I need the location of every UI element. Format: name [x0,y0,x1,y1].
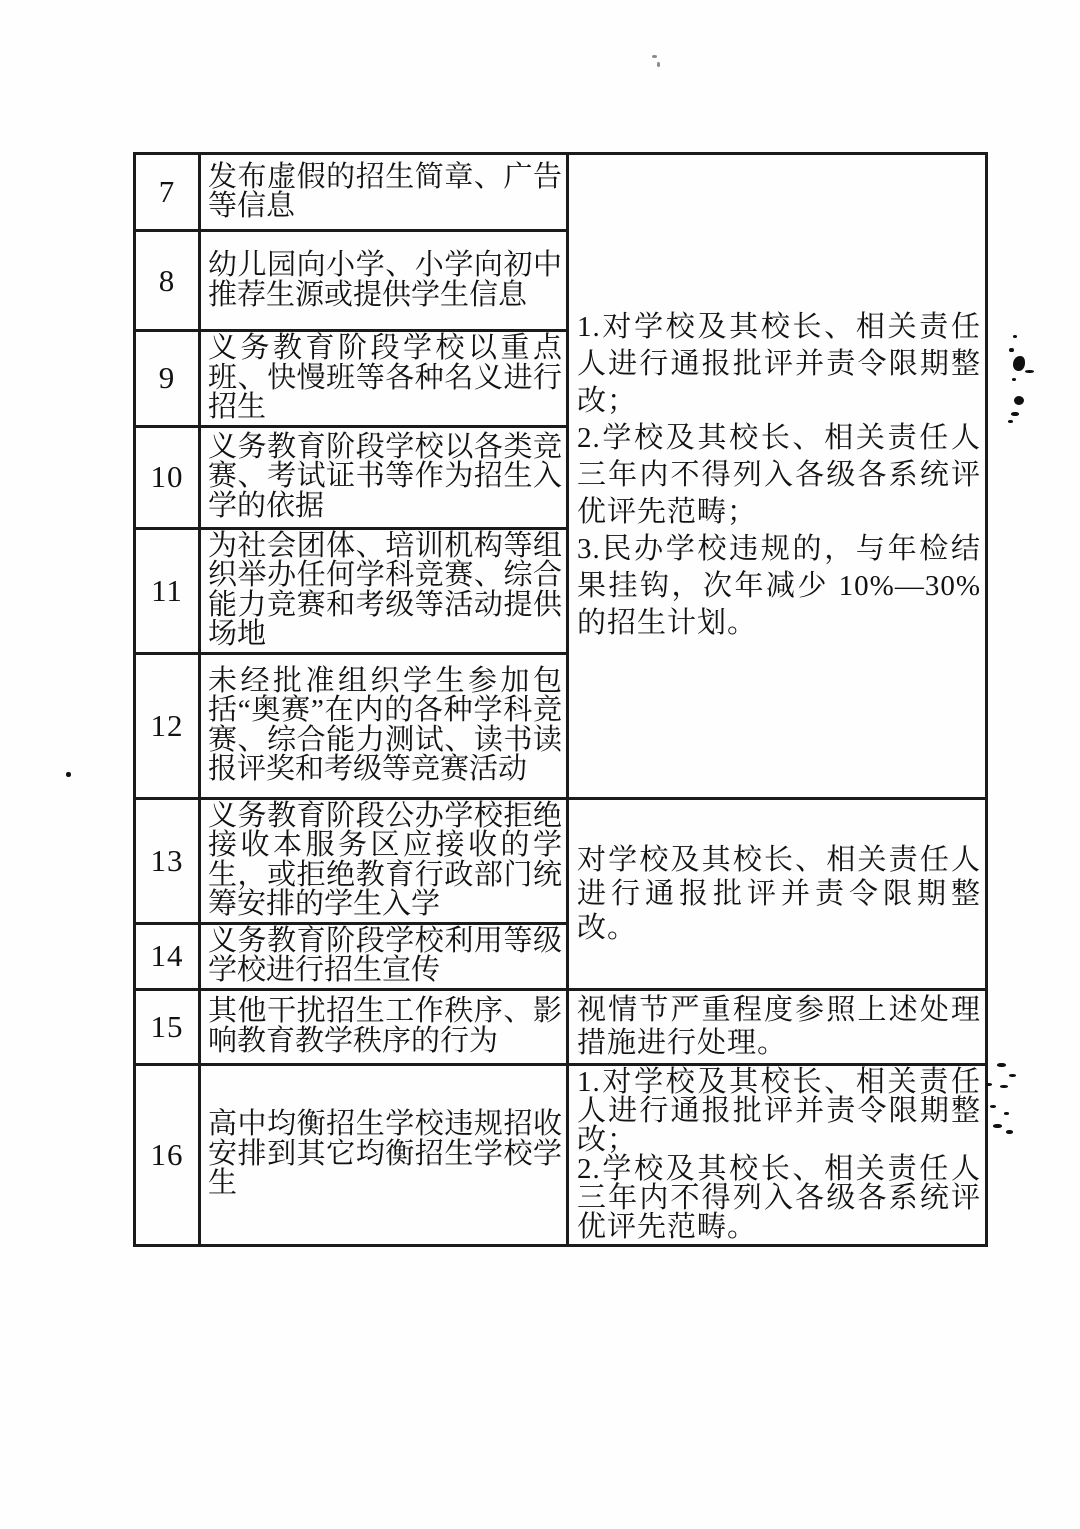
scan-artifact [652,55,657,58]
scan-artifact [986,1083,992,1086]
violation-cell: 为社会团体、培训机构等组织举办任何学科竞赛、综合能力竞赛和考级等活动提供场地 [200,528,568,653]
scan-artifact [1013,356,1025,371]
table-row-16: 16 高中均衡招生学校违规招收安排到其它均衡招生学校学生 1.对学校及其校长、相… [135,1064,987,1245]
row-number: 16 [135,1064,200,1245]
scan-artifact [1014,396,1024,405]
penalty-cell-rows-7-12: 1.对学校及其校长、相关责任人进行通报批评并责令限期整改； 2.学校及其校长、相… [568,154,987,799]
scan-artifact [1008,420,1013,423]
penalty-item: 3.民办学校违规的，与年检结果挂钩，次年减少 10%—30%的招生计划。 [577,531,981,642]
row-number: 10 [135,426,200,528]
scan-artifact [1000,1085,1008,1088]
scan-artifact [993,1124,1002,1128]
row-number: 11 [135,528,200,653]
scan-artifact [997,1063,1006,1067]
penalty-cell-rows-13-14: 对学校及其校长、相关责任人进行通报批评并责令限期整改。 [568,798,987,989]
row-number: 8 [135,231,200,331]
row-number: 15 [135,989,200,1064]
scan-artifact [1009,348,1014,352]
scan-artifact [1004,1112,1009,1115]
penalty-item: 2.学校及其校长、相关责任人三年内不得列入各级各系统评优评先范畴。 [577,1155,981,1242]
violation-cell: 发布虚假的招生简章、广告等信息 [200,154,568,231]
violation-cell: 义务教育阶段公办学校拒绝接收本服务区应接收的学生，或拒绝教育行政部门统筹安排的学… [200,798,568,923]
table-row-7: 7 发布虚假的招生简章、广告等信息 1.对学校及其校长、相关责任人进行通报批评并… [135,154,987,231]
violation-cell: 义务教育阶段学校以重点班、快慢班等各种名义进行招生 [200,331,568,427]
violation-cell: 其他干扰招生工作秩序、影响教育教学秩序的行为 [200,989,568,1064]
scan-artifact [1006,1130,1013,1134]
row-number: 7 [135,154,200,231]
penalty-cell-row-16: 1.对学校及其校长、相关责任人进行通报批评并责令限期整改； 2.学校及其校长、相… [568,1064,987,1245]
scanned-document-page: 7 发布虚假的招生简章、广告等信息 1.对学校及其校长、相关责任人进行通报批评并… [0,0,1080,1529]
penalty-item: 1.对学校及其校长、相关责任人进行通报批评并责令限期整改； [577,309,981,420]
scan-artifact [1009,1074,1016,1077]
violation-cell: 义务教育阶段学校利用等级学校进行招生宣传 [200,923,568,989]
penalty-text: 视情节严重程度参照上述处理措施进行处理。 [577,994,981,1060]
penalty-text: 对学校及其校长、相关责任人进行通报批评并责令限期整改。 [577,843,981,945]
table-row-15: 15 其他干扰招生工作秩序、影响教育教学秩序的行为 视情节严重程度参照上述处理措… [135,989,987,1064]
scan-artifact [1011,412,1019,416]
row-number: 9 [135,331,200,427]
scan-artifact [1012,378,1016,381]
row-number: 13 [135,798,200,923]
penalty-cell-row-15: 视情节严重程度参照上述处理措施进行处理。 [568,989,987,1064]
violation-cell: 高中均衡招生学校违规招收安排到其它均衡招生学校学生 [200,1064,568,1245]
scan-artifact [1013,335,1017,338]
scan-artifact [657,62,660,67]
row-number: 12 [135,653,200,798]
violation-cell: 幼儿园向小学、小学向初中推荐生源或提供学生信息 [200,231,568,331]
penalty-item: 1.对学校及其校长、相关责任人进行通报批评并责令限期整改； [577,1068,981,1155]
violation-cell: 未经批准组织学生参加包括“奥赛”在内的各种学科竞赛、综合能力测试、读书读报评奖和… [200,653,568,798]
scan-artifact [1025,370,1034,373]
violations-penalties-table: 7 发布虚假的招生简章、广告等信息 1.对学校及其校长、相关责任人进行通报批评并… [133,152,988,1247]
scan-artifact [66,772,71,777]
violation-cell: 义务教育阶段学校以各类竞赛、考试证书等作为招生入学的依据 [200,426,568,528]
table-row-13: 13 义务教育阶段公办学校拒绝接收本服务区应接收的学生，或拒绝教育行政部门统筹安… [135,798,987,923]
scan-artifact [990,1105,996,1108]
row-number: 14 [135,923,200,989]
penalty-item: 2.学校及其校长、相关责任人三年内不得列入各级各系统评优评先范畴； [577,420,981,531]
